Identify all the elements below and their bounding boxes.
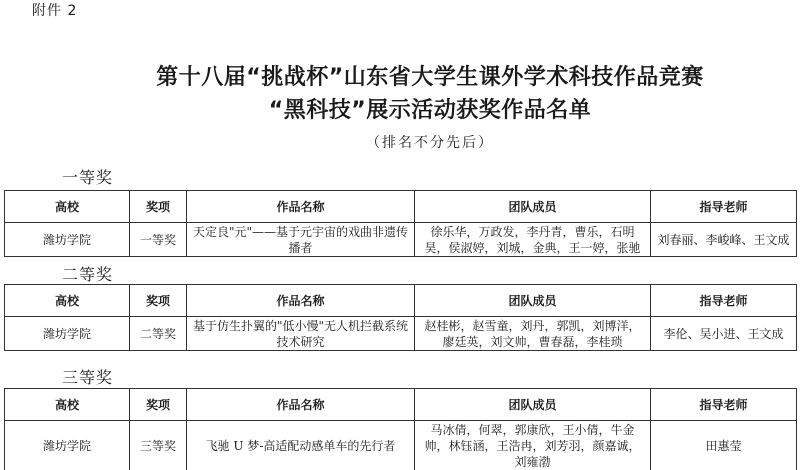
column-header-team-members: 团队成员 bbox=[415, 389, 651, 421]
column-header-school: 高校 bbox=[5, 389, 130, 421]
column-header-advisors: 指导老师 bbox=[651, 285, 797, 317]
document-title-line-1: 第十八届“挑战杯”山东省大学生课外学术科技作品竞赛 bbox=[30, 60, 800, 91]
table-row: 潍坊学院 一等奖 天定良"元"——基于元宇宙的戏曲非遗传播者 徐乐华，万政发，李… bbox=[5, 223, 797, 257]
section-heading-first-prize: 一等奖 bbox=[62, 165, 113, 188]
cell-team-members: 马冰倩，何翠，郭康欣，王小倩，牛金帅，林钰涵，王浩冉，刘芳羽，颜嘉诚，刘雍渤 bbox=[415, 421, 651, 470]
column-header-work-title: 作品名称 bbox=[187, 285, 415, 317]
attachment-label: 附件 2 bbox=[32, 0, 77, 20]
second-prize-table: 高校 奖项 作品名称 团队成员 指导老师 潍坊学院 二等奖 基于仿生扑翼的"低小… bbox=[4, 284, 797, 351]
cell-advisors: 田惠莹 bbox=[651, 421, 797, 470]
cell-team-members: 徐乐华，万政发，李丹青，曹乐，石明昊，侯淑婷，刘城，金典，王一婷，张驰 bbox=[415, 223, 651, 257]
column-header-team-members: 团队成员 bbox=[415, 191, 651, 223]
table-header-row: 高校 奖项 作品名称 团队成员 指导老师 bbox=[5, 285, 797, 317]
cell-award: 三等奖 bbox=[130, 421, 187, 470]
column-header-advisors: 指导老师 bbox=[651, 389, 797, 421]
cell-advisors: 李伦、吴小进、王文成 bbox=[651, 317, 797, 351]
cell-work-title: 飞驰 U 梦-高适配动感单车的先行者 bbox=[187, 421, 415, 470]
table-row: 潍坊学院 三等奖 飞驰 U 梦-高适配动感单车的先行者 马冰倩，何翠，郭康欣，王… bbox=[5, 421, 797, 470]
section-heading-third-prize: 三等奖 bbox=[62, 365, 113, 388]
document-subtitle: （排名不分先后） bbox=[30, 132, 800, 152]
cell-school: 潍坊学院 bbox=[5, 317, 130, 351]
column-header-school: 高校 bbox=[5, 191, 130, 223]
cell-award: 二等奖 bbox=[130, 317, 187, 351]
column-header-work-title: 作品名称 bbox=[187, 389, 415, 421]
first-prize-table: 高校 奖项 作品名称 团队成员 指导老师 潍坊学院 一等奖 天定良"元"——基于… bbox=[4, 190, 797, 257]
cell-school: 潍坊学院 bbox=[5, 223, 130, 257]
table-header-row: 高校 奖项 作品名称 团队成员 指导老师 bbox=[5, 389, 797, 421]
column-header-school: 高校 bbox=[5, 285, 130, 317]
section-heading-second-prize: 二等奖 bbox=[62, 262, 113, 285]
cell-team-members: 赵桂彬，赵雪童，刘丹，郭凯，刘博洋，廖廷英，刘文帅，曹春磊，李桂琐 bbox=[415, 317, 651, 351]
column-header-award: 奖项 bbox=[130, 285, 187, 317]
column-header-work-title: 作品名称 bbox=[187, 191, 415, 223]
cell-award: 一等奖 bbox=[130, 223, 187, 257]
column-header-award: 奖项 bbox=[130, 191, 187, 223]
column-header-advisors: 指导老师 bbox=[651, 191, 797, 223]
table-row: 潍坊学院 二等奖 基于仿生扑翼的"低小慢"无人机拦截系统技术研究 赵桂彬，赵雪童… bbox=[5, 317, 797, 351]
column-header-team-members: 团队成员 bbox=[415, 285, 651, 317]
column-header-award: 奖项 bbox=[130, 389, 187, 421]
cell-school: 潍坊学院 bbox=[5, 421, 130, 470]
cell-work-title: 天定良"元"——基于元宇宙的戏曲非遗传播者 bbox=[187, 223, 415, 257]
cell-advisors: 刘春丽、李峻峰、王文成 bbox=[651, 223, 797, 257]
table-header-row: 高校 奖项 作品名称 团队成员 指导老师 bbox=[5, 191, 797, 223]
third-prize-table: 高校 奖项 作品名称 团队成员 指导老师 潍坊学院 三等奖 飞驰 U 梦-高适配… bbox=[4, 388, 797, 470]
document-title-line-2: “黑科技”展示活动获奖作品名单 bbox=[30, 93, 800, 124]
cell-work-title: 基于仿生扑翼的"低小慢"无人机拦截系统技术研究 bbox=[187, 317, 415, 351]
